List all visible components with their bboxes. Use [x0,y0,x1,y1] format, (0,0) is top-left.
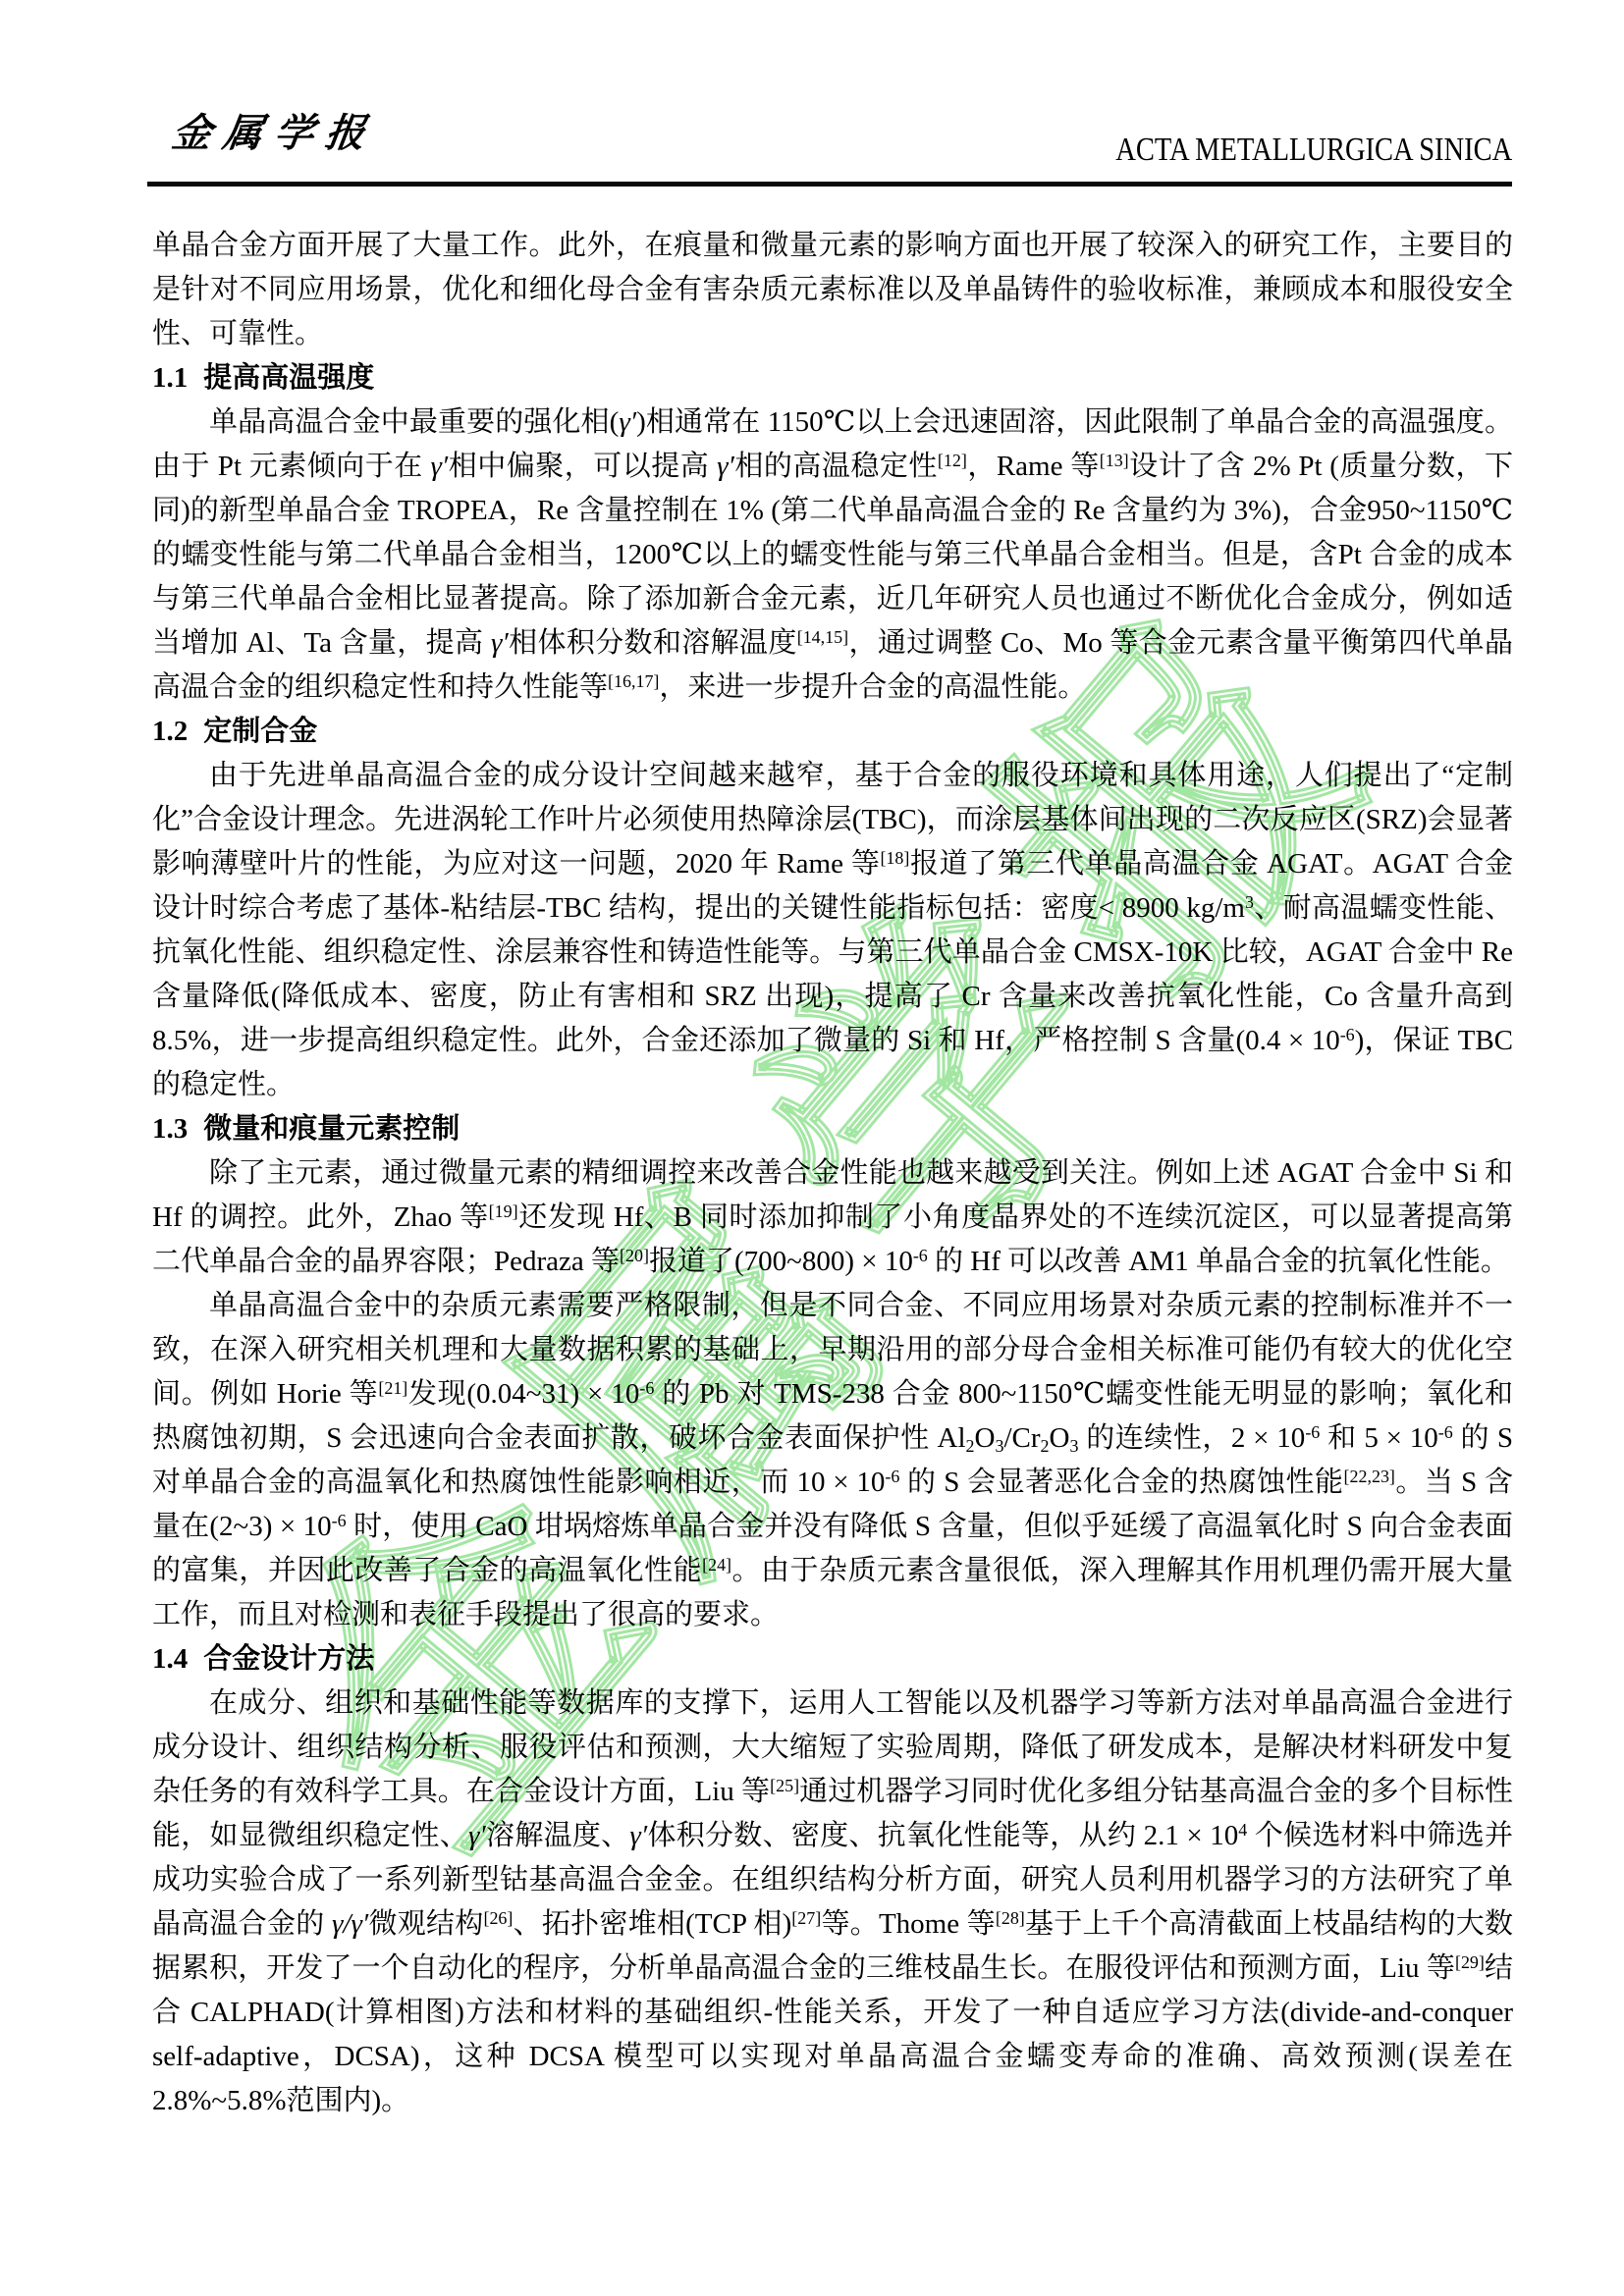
text-run: O [1050,1422,1070,1454]
section-number: 1.4 [152,1643,188,1675]
section-heading: 1.4合金设计方法 [152,1637,1513,1682]
reference-superscript: 4 [1238,1820,1247,1840]
text-run: 溶解温度、 [486,1820,630,1851]
text-run: γ/γ′ [332,1908,368,1940]
text-run: 、拓扑密堆相(TCP 相) [513,1908,791,1940]
article-body: 单晶合金方面开展了大量工作。此外，在痕量和微量元素的影响方面也开展了较深入的研究… [152,224,1513,2123]
text-run: 单晶合金方面开展了大量工作。此外，在痕量和微量元素的影响方面也开展了较深入的研究… [152,230,1513,349]
reference-superscript: [21] [378,1378,407,1398]
text-run: 相的高温稳定性 [734,451,938,482]
reference-superscript: [29] [1455,1952,1485,1972]
reference-superscript: -6 [885,1467,899,1486]
reference-superscript: [22,23] [1344,1467,1395,1486]
paragraph: 单晶高温合金中最重要的强化相(γ′)相通常在 1150℃以上会迅速固溶，因此限制… [152,400,1513,710]
text-run: 的连续性，2 × 10 [1078,1422,1305,1454]
paragraph: 由于先进单晶高温合金的成分设计空间越来越窄，基于合金的服役环境和具体用途，人们提… [152,754,1513,1107]
text-run: 的 Hf 可以改善 AM1 单晶合金的抗氧化性能。 [928,1246,1509,1277]
text-run: γ′ [430,451,448,482]
page-header: 金属学报 ACTA METALLURGICA SINICA [0,0,1624,196]
text-run: γ′ [619,406,636,438]
chemical-subscript: 2 [966,1436,975,1456]
reference-superscript: [14,15] [797,627,848,647]
text-run: ，Rame 等 [967,451,1100,482]
section-title: 微量和痕量元素控制 [203,1113,460,1145]
reference-superscript: [13] [1100,451,1129,470]
section-title: 合金设计方法 [203,1643,374,1675]
reference-superscript: [28] [996,1908,1025,1928]
reference-superscript: -6 [1340,1025,1355,1044]
reference-superscript: [25] [770,1776,799,1795]
text-run: 微观结构 [368,1908,483,1940]
reference-superscript: [24] [702,1555,731,1575]
paragraph: 除了主元素，通过微量元素的精细调控来改善合金性能也越来越受到关注。例如上述 AG… [152,1151,1513,1284]
paragraph: 在成分、组织和基础性能等数据库的支撑下，运用人工智能以及机器学习等新方法对单晶高… [152,1682,1513,2123]
text-run: 相体积分数和溶解温度 [509,627,797,659]
section-title: 定制合金 [203,716,317,747]
reference-superscript: [18] [880,848,909,868]
text-run: γ′ [629,1820,647,1851]
paragraph: 单晶合金方面开展了大量工作。此外，在痕量和微量元素的影响方面也开展了较深入的研究… [152,224,1513,356]
reference-superscript: [19] [489,1201,518,1221]
journal-name-en: ACTA METALLURGICA SINICA [1115,132,1512,169]
section-number: 1.3 [152,1113,188,1145]
section-number: 1.2 [152,716,188,747]
reference-superscript: -6 [332,1511,347,1530]
reference-superscript: [27] [791,1908,821,1928]
reference-superscript: 3 [1245,892,1254,912]
text-run: 的 S 会显著恶化合金的热腐蚀性能 [899,1467,1343,1498]
section-heading: 1.3微量和痕量元素控制 [152,1107,1513,1151]
section-heading: 1.2定制合金 [152,710,1513,754]
reference-superscript: -6 [1438,1422,1453,1442]
reference-superscript: -6 [1305,1422,1320,1442]
text-run: 相中偏聚，可以提高 [448,451,717,482]
text-run: O [975,1422,996,1454]
text-run: 单晶高温合金中最重要的强化相( [209,406,619,438]
text-run: γ′ [491,627,509,659]
journal-logo: 金属学报 [169,102,381,158]
section-number: 1.1 [152,362,188,394]
section-title: 提高高温强度 [203,362,374,394]
reference-superscript: [26] [483,1908,513,1928]
reference-superscript: [16,17] [608,671,659,691]
text-run: 体积分数、密度、抗氧化性能等，从约 2.1 × 10 [647,1820,1238,1851]
text-run: 和 5 × 10 [1320,1422,1438,1454]
section-heading: 1.1提高高温强度 [152,356,1513,400]
reference-superscript: -6 [913,1246,928,1265]
text-run: 报道了(700~800) × 10 [649,1246,913,1277]
reference-superscript: [12] [938,451,967,470]
chemical-subscript: 2 [1041,1436,1050,1456]
text-run: 等。Thome 等 [821,1908,996,1940]
reference-superscript: -6 [639,1378,654,1398]
text-run: ，来进一步提升合金的高温性能。 [659,671,1086,703]
paper-page: 金属学报 金属学报 ACTA METALLURGICA SINICA 单晶合金方… [0,0,1624,2296]
header-rule [147,182,1512,187]
reference-superscript: [20] [620,1246,649,1265]
text-run: γ′ [468,1820,486,1851]
paragraph: 单晶高温合金中的杂质元素需要严格限制，但是不同合金、不同应用场景对杂质元素的控制… [152,1284,1513,1637]
text-run: 发现(0.04~31) × 10 [407,1378,639,1410]
text-run: /Cr [1003,1422,1040,1454]
text-run: γ′ [717,451,734,482]
